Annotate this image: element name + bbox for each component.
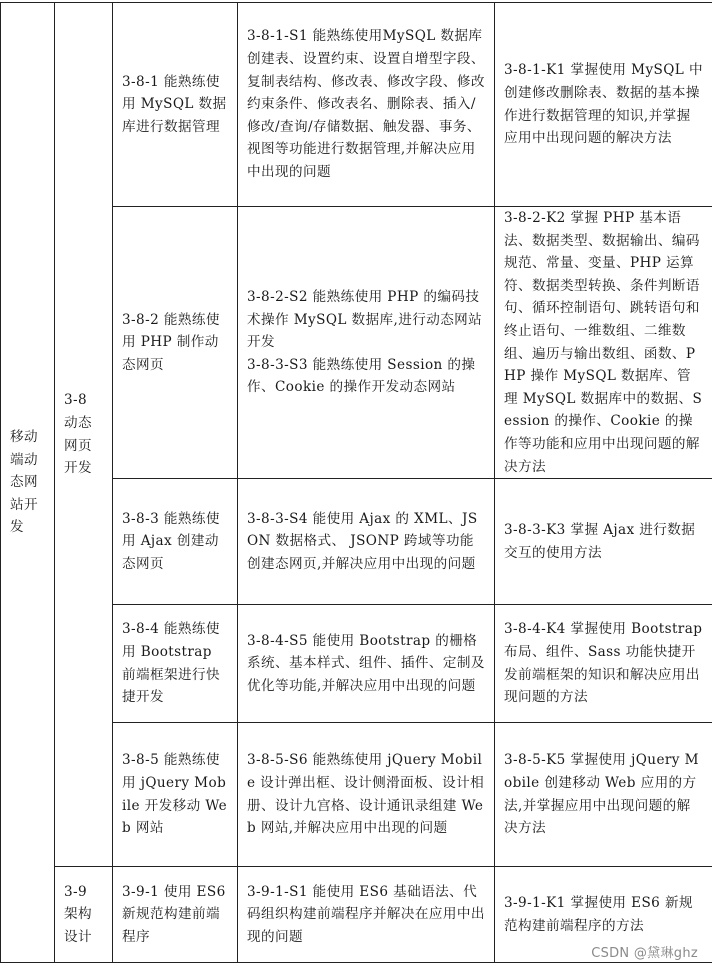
unit-cell-3-9: 3-9 架构 设计: [55, 867, 113, 963]
module-label-line: 态网: [10, 471, 46, 494]
knowledge-cell: 3-8-3-K3 掌握 Ajax 进行数据交互的使用方法: [495, 479, 712, 605]
table-row: 移动 端动 态网 站开 发 3-8 动态 网页 开发 3-8-1 能熟练使用 M…: [1, 3, 712, 207]
unit-label-line: 3-8: [64, 389, 104, 412]
unit-label-line: 3-9: [64, 881, 104, 904]
module-label-line: 移动: [10, 426, 46, 449]
module-cell: 移动 端动 态网 站开 发: [1, 3, 55, 963]
module-label-line: 发: [10, 516, 46, 539]
task-cell: 3-9-1 使用 ES6 新规范构建前端程序: [113, 867, 238, 963]
task-cell: 3-8-2 能熟练使用 PHP 制作动态网页: [113, 207, 238, 479]
unit-label-line: 架构: [64, 903, 104, 926]
task-cell: 3-8-5 能熟练使用 jQuery Mobile 开发移动 Web 网站: [113, 723, 238, 867]
skill-text: 3-8-2-S2 能熟练使用 PHP 的编码技术操作 MySQL 数据库,进行动…: [247, 286, 486, 354]
skill-cell: 3-9-1-S1 能使用 ES6 基础语法、代码组织构建前端程序并解决在应用中出…: [238, 867, 495, 963]
knowledge-cell: 3-8-2-K2 掌握 PHP 基本语法、数据类型、数据输出、编码规范、常量、变…: [495, 207, 712, 479]
skill-cell: 3-8-1-S1 能熟练使用MySQL 数据库创建表、设置约束、设置自增型字段、…: [238, 3, 495, 207]
unit-label-line: 设计: [64, 926, 104, 949]
curriculum-table: 移动 端动 态网 站开 发 3-8 动态 网页 开发 3-8-1 能熟练使用 M…: [0, 2, 712, 963]
unit-label-line: 网页: [64, 435, 104, 458]
task-cell: 3-8-3 能熟练使用 Ajax 创建动态网页: [113, 479, 238, 605]
knowledge-cell: 3-8-4-K4 掌握使用 Bootstrap 布局、组件、Sass 功能快捷开…: [495, 605, 712, 723]
knowledge-cell: 3-8-1-K1 掌握使用 MySQL 中创建修改删除表、数据的基本操作进行数据…: [495, 3, 712, 207]
watermark: CSDN @黛琳ghz: [591, 942, 698, 961]
skill-cell: 3-8-4-S5 能使用 Bootstrap 的栅格系统、基本样式、组件、插件、…: [238, 605, 495, 723]
task-cell: 3-8-1 能熟练使用 MySQL 数据库进行数据管理: [113, 3, 238, 207]
unit-label-line: 开发: [64, 457, 104, 480]
knowledge-cell: 3-8-5-K5 掌握使用 jQuery Mobile 创建移动 Web 应用的…: [495, 723, 712, 867]
module-label-line: 端动: [10, 449, 46, 472]
skill-text-extra: 3-8-3-S3 能熟练使用 Session 的操作、Cookie 的操作开发动…: [247, 354, 486, 399]
module-label-line: 站开: [10, 494, 46, 517]
unit-label-line: 动态: [64, 412, 104, 435]
skill-cell: 3-8-3-S4 能使用 Ajax 的 XML、JSON 数据格式、 JSONP…: [238, 479, 495, 605]
task-cell: 3-8-4 能熟练使用 Bootstrap 前端框架进行快捷开发: [113, 605, 238, 723]
unit-cell-3-8: 3-8 动态 网页 开发: [55, 3, 113, 867]
skill-cell: 3-8-5-S6 能熟练使用 jQuery Mobile 设计弹出框、设计侧滑面…: [238, 723, 495, 867]
skill-cell: 3-8-2-S2 能熟练使用 PHP 的编码技术操作 MySQL 数据库,进行动…: [238, 207, 495, 479]
